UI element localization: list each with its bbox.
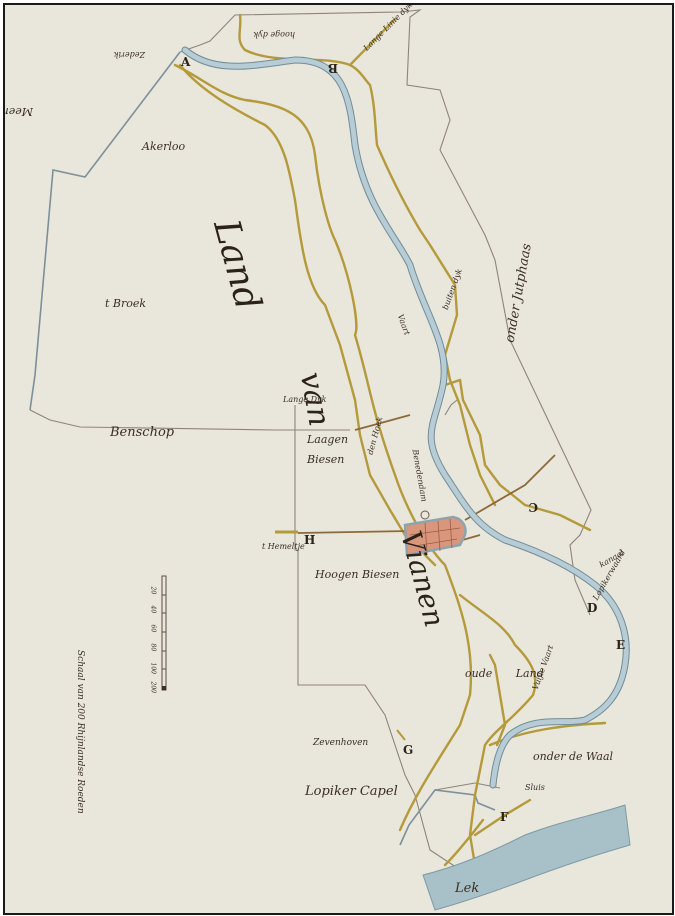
- label-hooge-dyk: hooge dyk: [253, 30, 295, 39]
- label-lek: Lek: [455, 881, 479, 896]
- label-akerloo: Akerloo: [142, 140, 185, 153]
- scale-bar-caption: Schaal van 200 Rhijnlandse Roeden: [75, 650, 85, 814]
- marker-a: A: [181, 55, 190, 69]
- label-laagen-biesen: Laagen Biesen: [307, 430, 357, 470]
- scale-tick: 40: [150, 606, 157, 614]
- scale-bar-ticks: 20 40 60 80 100 200: [153, 583, 163, 693]
- scale-tick: 60: [150, 625, 157, 633]
- marker-g: G: [403, 743, 413, 757]
- marker-f: F: [500, 810, 509, 824]
- marker-h: H: [304, 533, 315, 547]
- scale-tick: 80: [150, 644, 157, 652]
- label-meerkerk: Meerkerk: [3, 105, 33, 118]
- marker-c: C: [528, 500, 538, 514]
- map-frame: Land van Vianen Meerkerk Akerloo t Broek…: [3, 3, 674, 915]
- label-benschop: Benschop: [110, 425, 174, 440]
- west-boundary: [30, 52, 495, 845]
- label-t-hemeltje: t Hemeltje: [262, 542, 305, 551]
- marker-b: B: [328, 61, 338, 75]
- scale-tick: 200: [150, 682, 157, 693]
- label-zederik: Zederik: [114, 50, 145, 59]
- marker-d: D: [587, 601, 597, 615]
- dike-lines: [175, 15, 605, 865]
- marker-e: E: [616, 638, 625, 652]
- label-lange-dyk: Lange Dyk: [283, 395, 326, 404]
- scale-tick: 20: [150, 587, 157, 595]
- label-onder-de-waal: onder de Waal: [533, 750, 613, 763]
- label-lopiker-capel: Lopiker Capel: [305, 784, 398, 799]
- scale-tick: 100: [150, 663, 157, 674]
- label-hoogen-biesen: Hoogen Biesen: [315, 568, 399, 581]
- river: [185, 50, 626, 785]
- label-sluis: Sluis: [525, 783, 545, 792]
- label-oude-land: oude Land: [465, 667, 544, 680]
- label-t-broek: t Broek: [105, 297, 146, 310]
- label-zevenhoven: Zevenhoven: [313, 738, 368, 748]
